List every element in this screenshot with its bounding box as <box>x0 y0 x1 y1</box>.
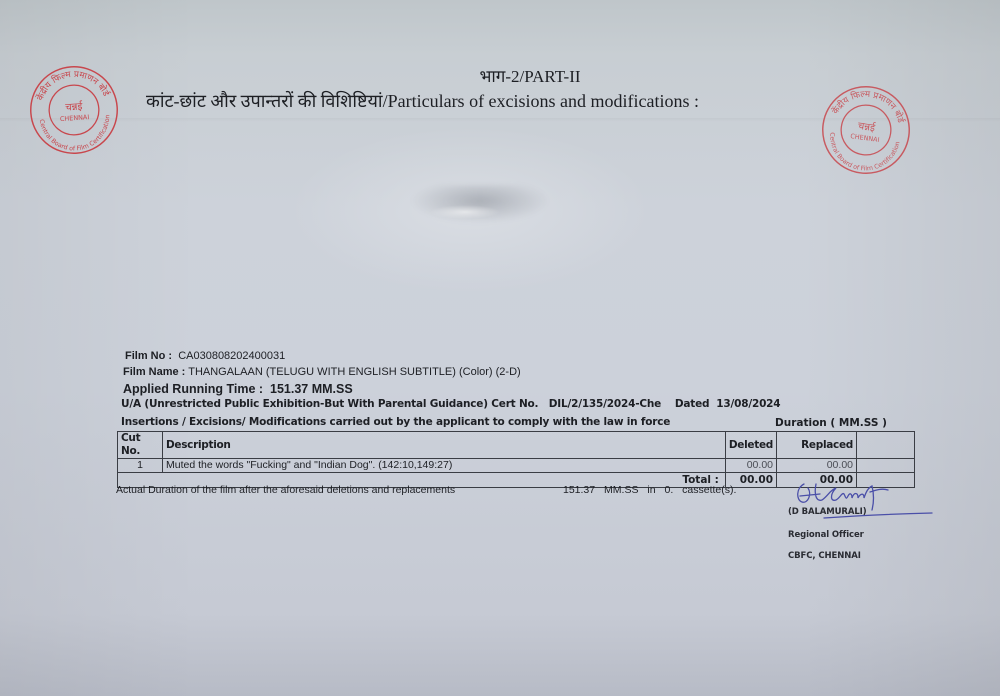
signatory-office: CBFC, CHENNAI <box>788 551 861 561</box>
certificate-line: U/A (Unrestricted Public Exhibition-But … <box>121 398 780 410</box>
applied-running-time: Applied Running Time : 151.37 MM.SS <box>123 382 353 396</box>
film-no-label: Film No : <box>125 350 172 362</box>
col-replaced: Replaced <box>777 432 857 459</box>
description-cell: Muted the words "Fucking" and "Indian Do… <box>163 459 726 473</box>
actual-duration-number: 151.37 <box>563 484 595 496</box>
col-description: Description <box>163 432 726 459</box>
signatory-title: Regional Officer <box>788 530 864 540</box>
deleted-cell: 00.00 <box>725 459 776 473</box>
insertions-intro: Insertions / Excisions/ Modifications ca… <box>121 416 670 428</box>
film-no-value: CA030808202400031 <box>178 350 285 362</box>
film-name-label: Film Name : <box>123 366 185 378</box>
cbfc-stamp-right: केंद्रीय फिल्म प्रमाणन बोर्ड Central Boa… <box>814 78 918 182</box>
svg-text:चन्नई: चन्नई <box>857 119 877 134</box>
svg-text:CHENNAI: CHENNAI <box>850 132 880 144</box>
stamp-seal-icon: केंद्रीय फिल्म प्रमाणन बोर्ड Central Boa… <box>814 78 918 182</box>
film-name: Film Name : THANGALAAN (TELUGU WITH ENGL… <box>123 366 521 378</box>
film-name-value: THANGALAAN (TELUGU WITH ENGLISH SUBTITLE… <box>188 366 520 378</box>
part-title: भाग-2/PART-II <box>0 64 1000 87</box>
paper-crease-highlight <box>430 205 500 219</box>
particulars-heading: कांट-छांट और उपान्तरों की विशिष्टियां/Pa… <box>146 89 699 113</box>
film-number: Film No : CA030808202400031 <box>125 350 285 362</box>
cut-no-cell: 1 <box>118 459 163 473</box>
col-deleted: Deleted <box>725 432 776 459</box>
replaced-cell: 00.00 <box>777 459 857 473</box>
col-blank <box>857 432 915 459</box>
actual-duration-value: 151.37 MM.SS in 0. cassette(s). <box>563 484 736 496</box>
signatory-name: (D BALAMURALI) <box>788 507 867 517</box>
cert-dated-label: Dated <box>675 398 709 410</box>
svg-text:चन्नई: चन्नई <box>65 99 84 113</box>
cert-number: DIL/2/135/2024-Che <box>549 398 661 410</box>
table-row: 1 Muted the words "Fucking" and "Indian … <box>118 459 915 473</box>
cert-category: U/A (Unrestricted Public Exhibition-But … <box>121 398 538 410</box>
cert-date: 13/08/2024 <box>716 398 780 410</box>
svg-text:CHENNAI: CHENNAI <box>60 113 90 123</box>
actual-duration-label: Actual Duration of the film after the af… <box>116 484 455 496</box>
duration-label: Duration ( MM.SS ) <box>775 417 887 429</box>
cassette-count: in 0. cassette(s). <box>647 484 736 496</box>
blank-cell <box>857 459 915 473</box>
table-header-row: Cut No. Description Deleted Replaced <box>118 432 915 459</box>
actual-duration-unit: MM.SS <box>604 484 638 496</box>
running-time-value: 151.37 MM.SS <box>270 382 353 396</box>
col-cut-no: Cut No. <box>118 432 163 459</box>
running-time-label: Applied Running Time : <box>123 382 263 396</box>
